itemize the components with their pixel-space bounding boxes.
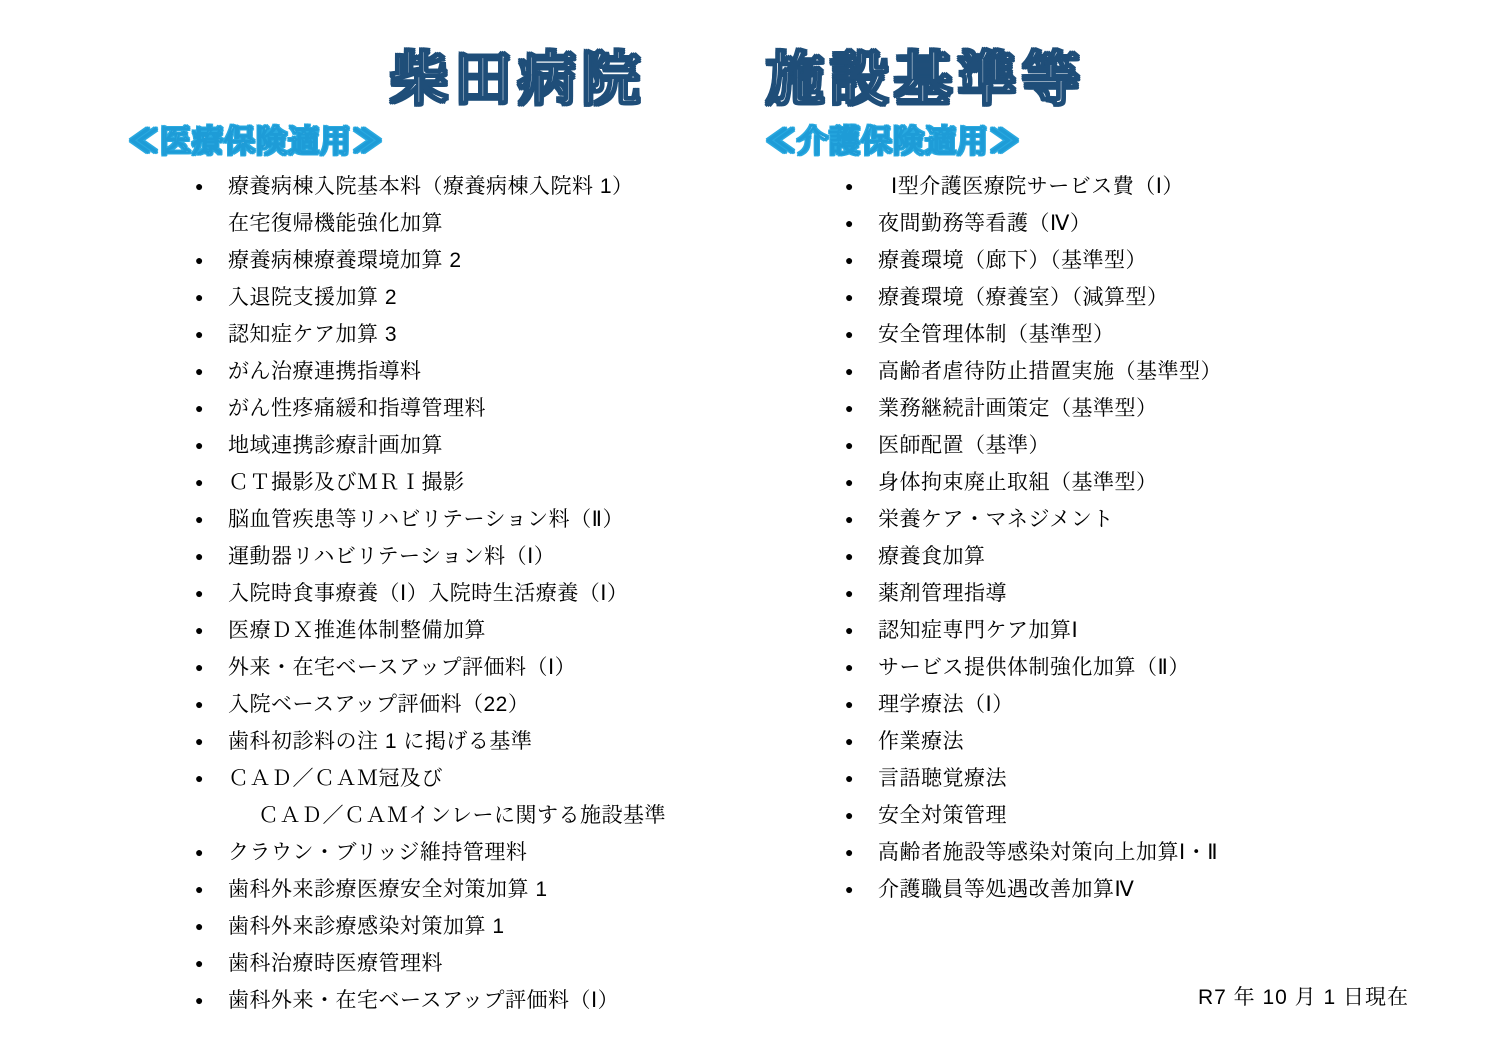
list-item: ●歯科治療時医療管理料 bbox=[195, 945, 755, 982]
bullet-icon: ● bbox=[195, 168, 228, 205]
bullet-icon: ● bbox=[845, 612, 878, 649]
list-item: ●歯科外来診療医療安全対策加算 1 bbox=[195, 871, 755, 908]
medical-insurance-heading: ≪医療保険適用≫ bbox=[128, 116, 384, 161]
item-text: 栄養ケア・マネジメント bbox=[878, 501, 1465, 538]
item-line: 栄養ケア・マネジメント bbox=[878, 501, 1465, 538]
item-line: 運動器リハビリテーション料（Ⅰ） bbox=[228, 538, 755, 575]
bullet-icon: ● bbox=[845, 205, 878, 242]
list-item: ●高齢者虐待防止措置実施（基準型） bbox=[845, 353, 1465, 390]
item-line: 安全対策管理 bbox=[878, 797, 1465, 834]
item-text: 安全対策管理 bbox=[878, 797, 1465, 834]
item-text: 言語聴覚療法 bbox=[878, 760, 1465, 797]
item-text: 脳血管疾患等リハビリテーション料（Ⅱ） bbox=[228, 501, 755, 538]
list-item: ●言語聴覚療法 bbox=[845, 760, 1465, 797]
bullet-icon: ● bbox=[195, 242, 228, 279]
item-continuation-line: 在宅復帰機能強化加算 bbox=[228, 205, 755, 242]
item-line: 歯科外来診療感染対策加算 1 bbox=[228, 908, 755, 945]
list-item: ●療養食加算 bbox=[845, 538, 1465, 575]
item-line: 作業療法 bbox=[878, 723, 1465, 760]
item-line: クラウン・ブリッジ維持管理料 bbox=[228, 834, 755, 871]
item-line: 身体拘束廃止取組（基準型） bbox=[878, 464, 1465, 501]
item-text: 高齢者施設等感染対策向上加算Ⅰ・Ⅱ bbox=[878, 834, 1465, 871]
item-text: 療養食加算 bbox=[878, 538, 1465, 575]
item-line: 認知症ケア加算 3 bbox=[228, 316, 755, 353]
bullet-icon: ● bbox=[845, 797, 878, 834]
item-text: 歯科外来・在宅ベースアップ評価料（Ⅰ） bbox=[228, 982, 755, 1019]
item-text: 薬剤管理指導 bbox=[878, 575, 1465, 612]
list-item: ●療養病棟入院基本料（療養病棟入院料 1）在宅復帰機能強化加算 bbox=[195, 168, 755, 242]
bullet-icon: ● bbox=[845, 834, 878, 871]
item-line: 高齢者虐待防止措置実施（基準型） bbox=[878, 353, 1465, 390]
item-text: 高齢者虐待防止措置実施（基準型） bbox=[878, 353, 1465, 390]
item-line: 歯科治療時医療管理料 bbox=[228, 945, 755, 982]
item-line: 夜間勤務等看護（Ⅳ） bbox=[878, 205, 1465, 242]
item-line: 外来・在宅ベースアップ評価料（Ⅰ） bbox=[228, 649, 755, 686]
bullet-icon: ● bbox=[845, 649, 878, 686]
item-line: 入院ベースアップ評価料（22） bbox=[228, 686, 755, 723]
item-text: 医師配置（基準） bbox=[878, 427, 1465, 464]
item-text: 入退院支援加算 2 bbox=[228, 279, 755, 316]
bullet-icon: ● bbox=[195, 575, 228, 612]
list-item: ●療養病棟療養環境加算 2 bbox=[195, 242, 755, 279]
care-insurance-heading: ≪介護保険適用≫ bbox=[765, 116, 1021, 161]
item-line: 脳血管疾患等リハビリテーション料（Ⅱ） bbox=[228, 501, 755, 538]
bullet-icon: ● bbox=[195, 723, 228, 760]
bullet-icon: ● bbox=[195, 612, 228, 649]
item-text: 安全管理体制（基準型） bbox=[878, 316, 1465, 353]
list-item: ●栄養ケア・マネジメント bbox=[845, 501, 1465, 538]
bullet-icon: ● bbox=[195, 760, 228, 797]
list-item: ●歯科初診料の注 1 に掲げる基準 bbox=[195, 723, 755, 760]
item-text: 外来・在宅ベースアップ評価料（Ⅰ） bbox=[228, 649, 755, 686]
item-line: 業務継続計画策定（基準型） bbox=[878, 390, 1465, 427]
list-item: ●認知症ケア加算 3 bbox=[195, 316, 755, 353]
bullet-icon: ● bbox=[195, 279, 228, 316]
list-item: ●歯科外来診療感染対策加算 1 bbox=[195, 908, 755, 945]
care-insurance-list: ●Ⅰ型介護医療院サービス費（Ⅰ）●夜間勤務等看護（Ⅳ）●療養環境（廊下）（基準型… bbox=[845, 168, 1465, 908]
item-text: 運動器リハビリテーション料（Ⅰ） bbox=[228, 538, 755, 575]
item-text: 業務継続計画策定（基準型） bbox=[878, 390, 1465, 427]
item-text: 認知症専門ケア加算Ⅰ bbox=[878, 612, 1465, 649]
item-line: 地域連携診療計画加算 bbox=[228, 427, 755, 464]
list-item: ●医師配置（基準） bbox=[845, 427, 1465, 464]
item-line: 安全管理体制（基準型） bbox=[878, 316, 1465, 353]
bullet-icon: ● bbox=[845, 760, 878, 797]
list-item: ●業務継続計画策定（基準型） bbox=[845, 390, 1465, 427]
item-text: ＣＴ撮影及びＭＲＩ撮影 bbox=[228, 464, 755, 501]
list-item: ●作業療法 bbox=[845, 723, 1465, 760]
list-item: ●Ⅰ型介護医療院サービス費（Ⅰ） bbox=[845, 168, 1465, 205]
list-item: ●クラウン・ブリッジ維持管理料 bbox=[195, 834, 755, 871]
bullet-icon: ● bbox=[195, 649, 228, 686]
item-text: 歯科外来診療医療安全対策加算 1 bbox=[228, 871, 755, 908]
item-line: 歯科初診料の注 1 に掲げる基準 bbox=[228, 723, 755, 760]
item-text: 歯科治療時医療管理料 bbox=[228, 945, 755, 982]
item-text: 入院時食事療養（Ⅰ）入院時生活療養（Ⅰ） bbox=[228, 575, 755, 612]
bullet-icon: ● bbox=[845, 538, 878, 575]
bullet-icon: ● bbox=[845, 723, 878, 760]
item-text: 医療ＤＸ推進体制整備加算 bbox=[228, 612, 755, 649]
item-line: 療養環境（療養室）（減算型） bbox=[878, 279, 1465, 316]
item-text: Ⅰ型介護医療院サービス費（Ⅰ） bbox=[878, 168, 1465, 205]
list-item: ●がん治療連携指導料 bbox=[195, 353, 755, 390]
bullet-icon: ● bbox=[845, 686, 878, 723]
item-text: サービス提供体制強化加算（Ⅱ） bbox=[878, 649, 1465, 686]
bullet-icon: ● bbox=[195, 871, 228, 908]
list-item: ●入退院支援加算 2 bbox=[195, 279, 755, 316]
bullet-icon: ● bbox=[845, 575, 878, 612]
bullet-icon: ● bbox=[195, 908, 228, 945]
item-line: ＣＡＤ／ＣＡＭ冠及び bbox=[228, 760, 755, 797]
item-line: がん治療連携指導料 bbox=[228, 353, 755, 390]
item-text: 認知症ケア加算 3 bbox=[228, 316, 755, 353]
bullet-icon: ● bbox=[845, 390, 878, 427]
item-text: 作業療法 bbox=[878, 723, 1465, 760]
bullet-icon: ● bbox=[845, 427, 878, 464]
item-text: 入院ベースアップ評価料（22） bbox=[228, 686, 755, 723]
list-item: ●がん性疼痛緩和指導管理料 bbox=[195, 390, 755, 427]
item-text: 理学療法（Ⅰ） bbox=[878, 686, 1465, 723]
list-item: ●夜間勤務等看護（Ⅳ） bbox=[845, 205, 1465, 242]
bullet-icon: ● bbox=[195, 686, 228, 723]
item-text: がん性疼痛緩和指導管理料 bbox=[228, 390, 755, 427]
list-item: ●身体拘束廃止取組（基準型） bbox=[845, 464, 1465, 501]
document-page: 柴田病院 施設基準等 ≪医療保険適用≫ ≪介護保険適用≫ ●療養病棟入院基本料（… bbox=[0, 0, 1497, 1058]
item-line: 薬剤管理指導 bbox=[878, 575, 1465, 612]
item-line: 認知症専門ケア加算Ⅰ bbox=[878, 612, 1465, 649]
item-line: 療養病棟入院基本料（療養病棟入院料 1） bbox=[228, 168, 755, 205]
bullet-icon: ● bbox=[845, 353, 878, 390]
item-line: Ⅰ型介護医療院サービス費（Ⅰ） bbox=[878, 168, 1465, 205]
item-text: 身体拘束廃止取組（基準型） bbox=[878, 464, 1465, 501]
hospital-name-title: 柴田病院 bbox=[390, 32, 646, 116]
item-line: 歯科外来・在宅ベースアップ評価料（Ⅰ） bbox=[228, 982, 755, 1019]
item-line: 療養食加算 bbox=[878, 538, 1465, 575]
list-item: ●療養環境（療養室）（減算型） bbox=[845, 279, 1465, 316]
list-item: ●認知症専門ケア加算Ⅰ bbox=[845, 612, 1465, 649]
bullet-icon: ● bbox=[195, 390, 228, 427]
bullet-icon: ● bbox=[845, 464, 878, 501]
list-item: ●サービス提供体制強化加算（Ⅱ） bbox=[845, 649, 1465, 686]
list-item: ●入院時食事療養（Ⅰ）入院時生活療養（Ⅰ） bbox=[195, 575, 755, 612]
item-continuation-line: ＣＡＤ／ＣＡＭインレーに関する施設基準 bbox=[228, 797, 755, 834]
item-text: 夜間勤務等看護（Ⅳ） bbox=[878, 205, 1465, 242]
item-line: 入院時食事療養（Ⅰ）入院時生活療養（Ⅰ） bbox=[228, 575, 755, 612]
item-line: 医療ＤＸ推進体制整備加算 bbox=[228, 612, 755, 649]
item-line: 療養病棟療養環境加算 2 bbox=[228, 242, 755, 279]
list-item: ●外来・在宅ベースアップ評価料（Ⅰ） bbox=[195, 649, 755, 686]
list-item: ●運動器リハビリテーション料（Ⅰ） bbox=[195, 538, 755, 575]
document-title: 柴田病院 施設基準等 bbox=[390, 32, 1086, 116]
item-text: 地域連携診療計画加算 bbox=[228, 427, 755, 464]
list-item: ●介護職員等処遇改善加算Ⅳ bbox=[845, 871, 1465, 908]
list-item: ●ＣＴ撮影及びＭＲＩ撮影 bbox=[195, 464, 755, 501]
list-item: ●地域連携診療計画加算 bbox=[195, 427, 755, 464]
bullet-icon: ● bbox=[195, 501, 228, 538]
item-text: がん治療連携指導料 bbox=[228, 353, 755, 390]
item-line: 療養環境（廊下）（基準型） bbox=[878, 242, 1465, 279]
list-item: ●安全管理体制（基準型） bbox=[845, 316, 1465, 353]
list-item: ●入院ベースアップ評価料（22） bbox=[195, 686, 755, 723]
bullet-icon: ● bbox=[195, 834, 228, 871]
bullet-icon: ● bbox=[195, 982, 228, 1019]
medical-insurance-list: ●療養病棟入院基本料（療養病棟入院料 1）在宅復帰機能強化加算●療養病棟療養環境… bbox=[195, 168, 755, 1019]
item-text: ＣＡＤ／ＣＡＭ冠及びＣＡＤ／ＣＡＭインレーに関する施設基準 bbox=[228, 760, 755, 834]
item-text: 療養環境（療養室）（減算型） bbox=[878, 279, 1465, 316]
item-line: サービス提供体制強化加算（Ⅱ） bbox=[878, 649, 1465, 686]
item-text: 歯科初診料の注 1 に掲げる基準 bbox=[228, 723, 755, 760]
bullet-icon: ● bbox=[195, 538, 228, 575]
list-item: ●理学療法（Ⅰ） bbox=[845, 686, 1465, 723]
document-subject-title: 施設基準等 bbox=[766, 32, 1086, 116]
list-item: ●ＣＡＤ／ＣＡＭ冠及びＣＡＤ／ＣＡＭインレーに関する施設基準 bbox=[195, 760, 755, 834]
list-item: ●医療ＤＸ推進体制整備加算 bbox=[195, 612, 755, 649]
item-line: ＣＴ撮影及びＭＲＩ撮影 bbox=[228, 464, 755, 501]
list-item: ●高齢者施設等感染対策向上加算Ⅰ・Ⅱ bbox=[845, 834, 1465, 871]
item-line: 入退院支援加算 2 bbox=[228, 279, 755, 316]
item-text: 歯科外来診療感染対策加算 1 bbox=[228, 908, 755, 945]
as-of-date: R7 年 10 月 1 日現在 bbox=[1198, 981, 1409, 1011]
item-text: 療養病棟療養環境加算 2 bbox=[228, 242, 755, 279]
list-item: ●療養環境（廊下）（基準型） bbox=[845, 242, 1465, 279]
list-item: ●安全対策管理 bbox=[845, 797, 1465, 834]
bullet-icon: ● bbox=[195, 945, 228, 982]
bullet-icon: ● bbox=[845, 501, 878, 538]
bullet-icon: ● bbox=[195, 464, 228, 501]
item-line: 歯科外来診療医療安全対策加算 1 bbox=[228, 871, 755, 908]
bullet-icon: ● bbox=[845, 279, 878, 316]
item-line: 高齢者施設等感染対策向上加算Ⅰ・Ⅱ bbox=[878, 834, 1465, 871]
item-line: 言語聴覚療法 bbox=[878, 760, 1465, 797]
bullet-icon: ● bbox=[195, 427, 228, 464]
list-item: ●薬剤管理指導 bbox=[845, 575, 1465, 612]
bullet-icon: ● bbox=[195, 353, 228, 390]
bullet-icon: ● bbox=[195, 316, 228, 353]
item-text: クラウン・ブリッジ維持管理料 bbox=[228, 834, 755, 871]
item-text: 介護職員等処遇改善加算Ⅳ bbox=[878, 871, 1465, 908]
list-item: ●歯科外来・在宅ベースアップ評価料（Ⅰ） bbox=[195, 982, 755, 1019]
item-text: 療養環境（廊下）（基準型） bbox=[878, 242, 1465, 279]
list-item: ●脳血管疾患等リハビリテーション料（Ⅱ） bbox=[195, 501, 755, 538]
item-line: 理学療法（Ⅰ） bbox=[878, 686, 1465, 723]
bullet-icon: ● bbox=[845, 316, 878, 353]
item-line: 医師配置（基準） bbox=[878, 427, 1465, 464]
bullet-icon: ● bbox=[845, 871, 878, 908]
item-text: 療養病棟入院基本料（療養病棟入院料 1）在宅復帰機能強化加算 bbox=[228, 168, 755, 242]
item-line: 介護職員等処遇改善加算Ⅳ bbox=[878, 871, 1465, 908]
bullet-icon: ● bbox=[845, 242, 878, 279]
bullet-icon: ● bbox=[845, 168, 878, 205]
item-line: がん性疼痛緩和指導管理料 bbox=[228, 390, 755, 427]
